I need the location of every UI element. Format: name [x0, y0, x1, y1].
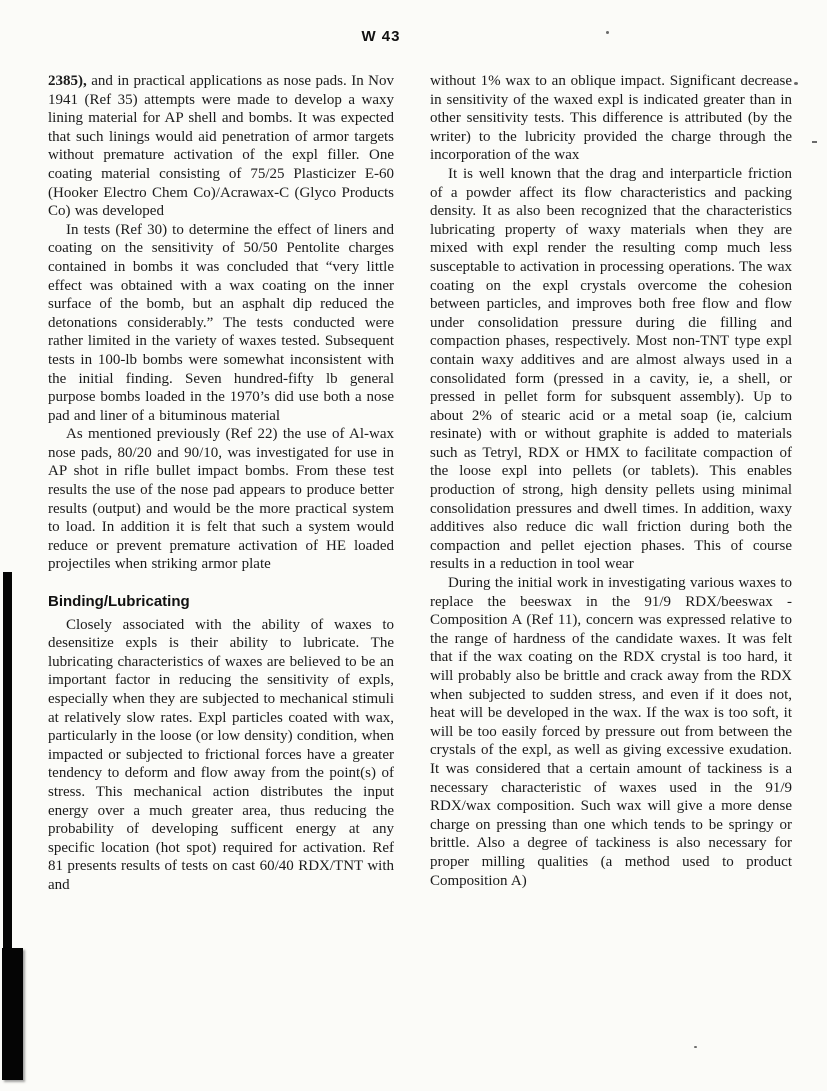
paragraph-text: and in practical applications as nose pa…	[48, 73, 394, 219]
scan-artifact-bar	[3, 572, 12, 954]
scan-speck	[694, 1046, 697, 1048]
paragraph: In tests (Ref 30) to determine the effec…	[48, 221, 394, 426]
paragraph-lead: 2385),	[48, 73, 87, 89]
page-number-header: W 43	[336, 28, 426, 45]
paragraph: During the initial work in investigating…	[430, 574, 792, 890]
paragraph-continuation: without 1% wax to an oblique impact. Sig…	[430, 72, 792, 165]
scan-speck	[606, 31, 609, 34]
right-column: without 1% wax to an oblique impact. Sig…	[430, 72, 792, 890]
scan-artifact-bar	[2, 948, 23, 1080]
scan-speck	[794, 82, 798, 85]
paragraph-continuation: 2385), and in practical applications as …	[48, 72, 394, 221]
section-heading-binding-lubricating: Binding/Lubricating	[48, 593, 394, 612]
document-page: W 43 2385), and in practical application…	[0, 0, 827, 1091]
scan-speck	[812, 141, 817, 143]
left-column: 2385), and in practical applications as …	[48, 72, 394, 895]
paragraph: It is well known that the drag and inter…	[430, 165, 792, 574]
paragraph: As mentioned previously (Ref 22) the use…	[48, 425, 394, 574]
paragraph: Closely associated with the ability of w…	[48, 616, 394, 895]
